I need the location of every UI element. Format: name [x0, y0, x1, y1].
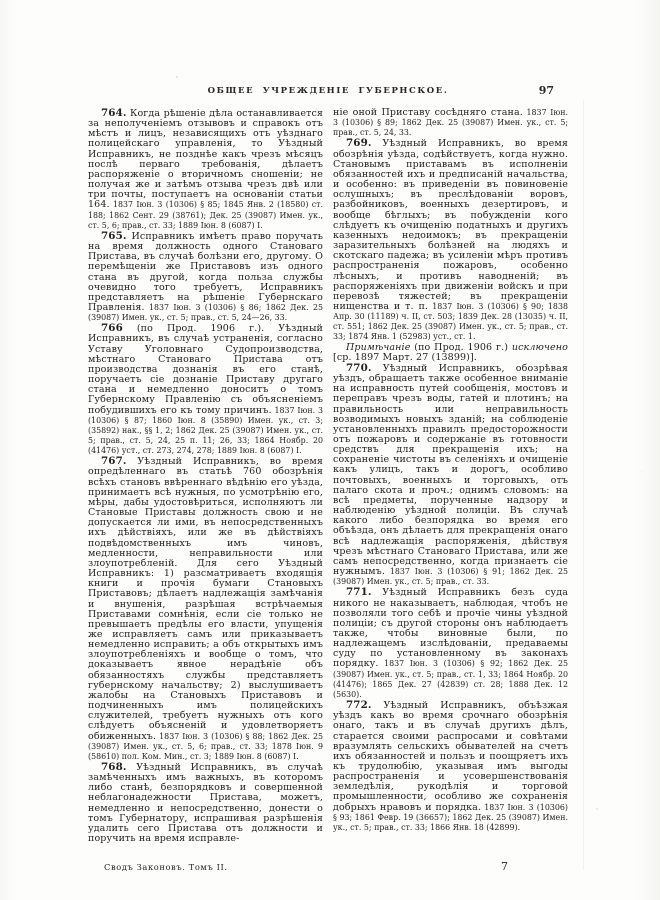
page-header: ОБЩЕЕ УЧРЕЖДЕНІЕ ГУБЕРНСКОЕ. 97 [88, 86, 568, 108]
citation-text: 1837 Іюн. 3 (10306) § 85; 1845 Янв. 2 (1… [88, 200, 323, 229]
signature-number: 7 [501, 860, 508, 873]
scan-speck [641, 470, 642, 473]
article-text: Уѣздный Исправникъ безъ суда никого не н… [333, 587, 568, 669]
running-title: ОБЩЕЕ УЧРЕЖДЕНІЕ ГУБЕРНСКОЕ. [88, 86, 568, 96]
page-footer: Сводъ Законовъ. Томъ II. 7 [88, 862, 568, 876]
article-paragraph: 764. Когда рѣшеніе дѣла останавливается … [88, 108, 323, 231]
article-paragraph: 765. Исправникъ имѣетъ право поручать на… [88, 231, 323, 323]
left-column: 764. Когда рѣшеніе дѣла останавливается … [88, 108, 323, 844]
article-paragraph: 770. Уѣздный Исправникъ, обозрѣвая уѣздъ… [333, 363, 568, 587]
article-paragraph: 772. Уѣздный Исправникъ, объѣзжая уѣздъ … [333, 700, 568, 833]
article-paragraph: 768. Уѣздный Исправникъ, въ случаѣ замѣч… [88, 762, 323, 844]
article-text: Уѣздный Исправникъ, въ случаѣ замѣченных… [88, 762, 323, 844]
right-column: ніе оной Приставу сосѣдняго стана. 1837 … [333, 108, 568, 833]
article-text: Исправникъ имѣетъ право поручать на врем… [88, 231, 323, 313]
article-paragraph: 771. Уѣздный Исправникъ безъ суда никого… [333, 587, 568, 700]
document-page: ОБЩЕЕ УЧРЕЖДЕНІЕ ГУБЕРНСКОЕ. 97 764. Ког… [88, 86, 568, 844]
article-text: Когда рѣшеніе дѣла останавливается за не… [88, 108, 323, 210]
scan-speck [596, 808, 598, 810]
scan-edge-line [583, 100, 584, 870]
article-paragraph: 766 (по Прод. 1906 г.). Уѣздный Исправни… [88, 323, 323, 456]
page-number: 97 [539, 84, 554, 97]
article-text: Уѣздный Исправникъ, объѣзжая уѣздъ какъ … [333, 700, 568, 813]
article-paragraph: ніе оной Приставу сосѣдняго стана. 1837 … [333, 108, 568, 138]
article-text: ніе оной Приставу сосѣдняго стана. [333, 107, 523, 118]
article-text: Уѣздный Исправникъ, обозрѣвая уѣздъ, обр… [333, 363, 568, 577]
article-text: (по Прод. 1906 г.). Уѣздный Исправникъ, … [88, 323, 323, 415]
note-italic: исключено [512, 342, 568, 353]
volume-label: Сводъ Законовъ. Томъ II. [104, 862, 228, 872]
article-paragraph: 769. Уѣздный Исправникъ, во время обозрѣ… [333, 138, 568, 342]
text-columns: 764. Когда рѣшеніе дѣла останавливается … [88, 108, 568, 844]
article-paragraph: 767. Уѣздный Исправникъ, во время опредѣ… [88, 456, 323, 762]
article-text: Уѣздный Исправникъ, во время обозрѣнія у… [333, 138, 568, 312]
scan-speck [176, 76, 178, 78]
article-text: Уѣздный Исправникъ, во время опредѣленна… [88, 456, 323, 741]
article-paragraph: Примѣчаніе (по Прод. 1906 г.) исключено … [333, 343, 568, 363]
